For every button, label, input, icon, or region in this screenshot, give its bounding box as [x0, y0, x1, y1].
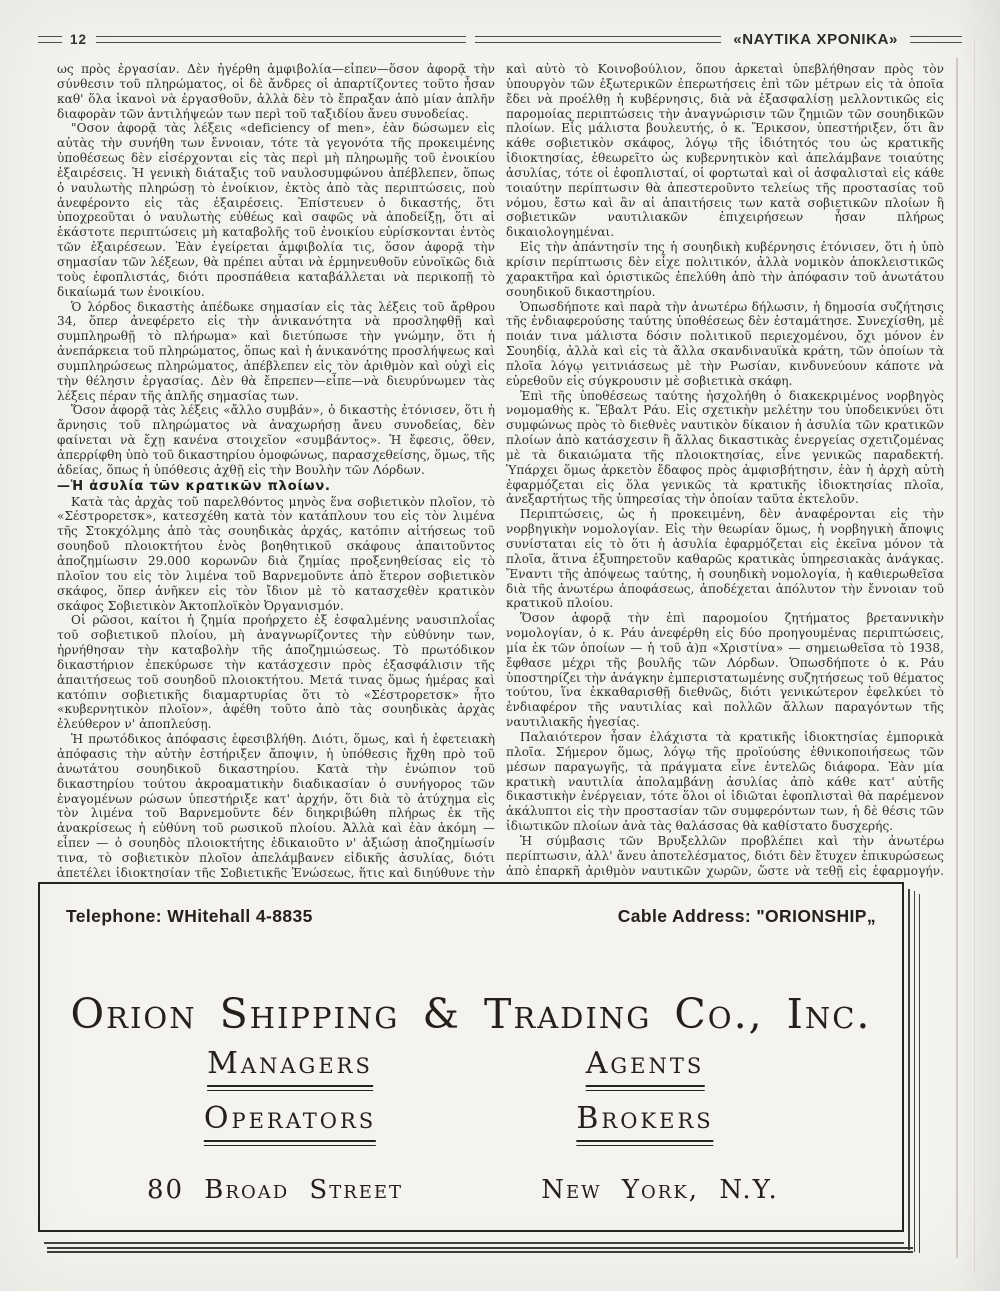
article-paragraph: Ὅσον ἀφορᾷ τὰς λέξεις «ἄλλο συμβάν», ὁ δ… — [57, 403, 495, 477]
page-header: 12 «ΝΑΥΤΙΚΑ ΧΡΟΝΙΚΑ» — [38, 30, 962, 48]
header-rule-left — [38, 36, 62, 43]
ad-telephone: Telephone: WHitehall 4-8835 — [66, 906, 313, 927]
scan-edge-line — [956, 58, 958, 1258]
ad-role-managers: Managers — [202, 1046, 378, 1091]
ad-shadow-line — [44, 1242, 904, 1244]
ad-contact-row: Telephone: WHitehall 4-8835 Cable Addres… — [66, 906, 876, 927]
advertisement-orion-shipping: Telephone: WHitehall 4-8835 Cable Addres… — [38, 882, 904, 1232]
scan-edge-line — [974, 38, 975, 1273]
magazine-page: 12 «ΝΑΥΤΙΚΑ ΧΡΟΝΙΚΑ» ως πρὸς ἐργασίαν. Δ… — [0, 0, 1000, 1291]
ad-company-name: Orion Shipping & Trading Co., Inc. — [40, 990, 902, 1038]
article-right-column: καὶ αὐτὸ τὸ Κοινοβούλιον, ὅπου ἀρκεταὶ ὑ… — [506, 62, 944, 878]
ad-shadow-line — [47, 1247, 913, 1253]
article-paragraph: καὶ αὐτὸ τὸ Κοινοβούλιον, ὅπου ἀρκεταὶ ὑ… — [506, 62, 944, 240]
page-number: 12 — [70, 32, 87, 47]
ad-street-address: 80 Broad Street — [147, 1175, 403, 1205]
ad-role-operators-label: Operators — [199, 1101, 381, 1146]
ad-shadow-line — [919, 894, 921, 1253]
article-paragraph: Ἡ πρωτόδικος ἀπόφασις ἐφεσιβλήθη. Διότι,… — [57, 732, 495, 878]
ad-shadow-line — [908, 889, 910, 1250]
ad-cable-address: Cable Address: "ORIONSHIP„ — [618, 906, 876, 927]
article-paragraph: Ἐπὶ τῆς ὑποθέσεως ταύτης ἠσχολήθη ὁ διακ… — [506, 389, 944, 508]
article-paragraph: Ὁ λόρδος δικαστὴς ἀπέδωκε σημασίαν εἰς τ… — [57, 300, 495, 404]
ad-city-address: New York, N.Y. — [541, 1175, 779, 1205]
article-paragraph: Παλαιότερον ἦσαν ἐλάχιστα τὰ κρατικῆς ἰδ… — [506, 730, 944, 834]
article-paragraph: Ἡ σύμβασις τῶν Βρυξελλῶν προβλέπει καὶ τ… — [506, 834, 944, 878]
article-paragraph: Κατὰ τὰς ἀρχὰς τοῦ παρελθόντος μηνὸς ἕνα… — [57, 495, 495, 614]
ad-role-agents-label: Agents — [581, 1046, 710, 1091]
ad-role-operators: Operators — [199, 1101, 381, 1146]
article-left-column: ως πρὸς ἐργασίαν. Δὲν ἠγέρθη ἀμφιβολία—ε… — [57, 62, 495, 878]
ad-role-managers-label: Managers — [202, 1046, 378, 1091]
article-paragraph: ως πρὸς ἐργασίαν. Δὲν ἠγέρθη ἀμφιβολία—ε… — [57, 62, 495, 121]
article-paragraph: Ὅσον ἀφορᾷ τὴν ἐπὶ παρομοίου ζητήματος β… — [506, 611, 944, 730]
article-paragraph: Εἰς τὴν ἀπάντησίν της ἡ σουηδικὴ κυβέρνη… — [506, 240, 944, 299]
article-paragraph: Περιπτώσεις, ὡς ἡ προκειμένη, δὲν ἀναφέρ… — [506, 507, 944, 611]
header-rule-mid-right — [475, 36, 722, 43]
article-paragraph: "Οσον ἀφορᾷ τὰς λέξεις «deficiency of me… — [57, 121, 495, 299]
article-paragraph: Ὁπωσδήποτε καὶ παρὰ τὴν ἀνωτέρω δήλωσιν,… — [506, 300, 944, 389]
ad-role-brokers: Brokers — [571, 1101, 718, 1146]
scan-edge-shading — [954, 0, 1000, 1291]
ad-role-brokers-label: Brokers — [571, 1101, 718, 1146]
masthead-title: «ΝΑΥΤΙΚΑ ΧΡΟΝΙΚΑ» — [733, 31, 898, 48]
article-paragraph: Οἱ ρῶσοι, καίτοι ἡ ζημία προήρχετο ἐξ ἐσ… — [57, 613, 495, 732]
header-rule-mid-left — [96, 36, 466, 43]
section-heading: —Ἡ ἀσυλία τῶν κρατικῶν πλοίων. — [57, 479, 495, 494]
ad-role-agents: Agents — [581, 1046, 710, 1091]
ad-shadow-line — [914, 891, 916, 1252]
